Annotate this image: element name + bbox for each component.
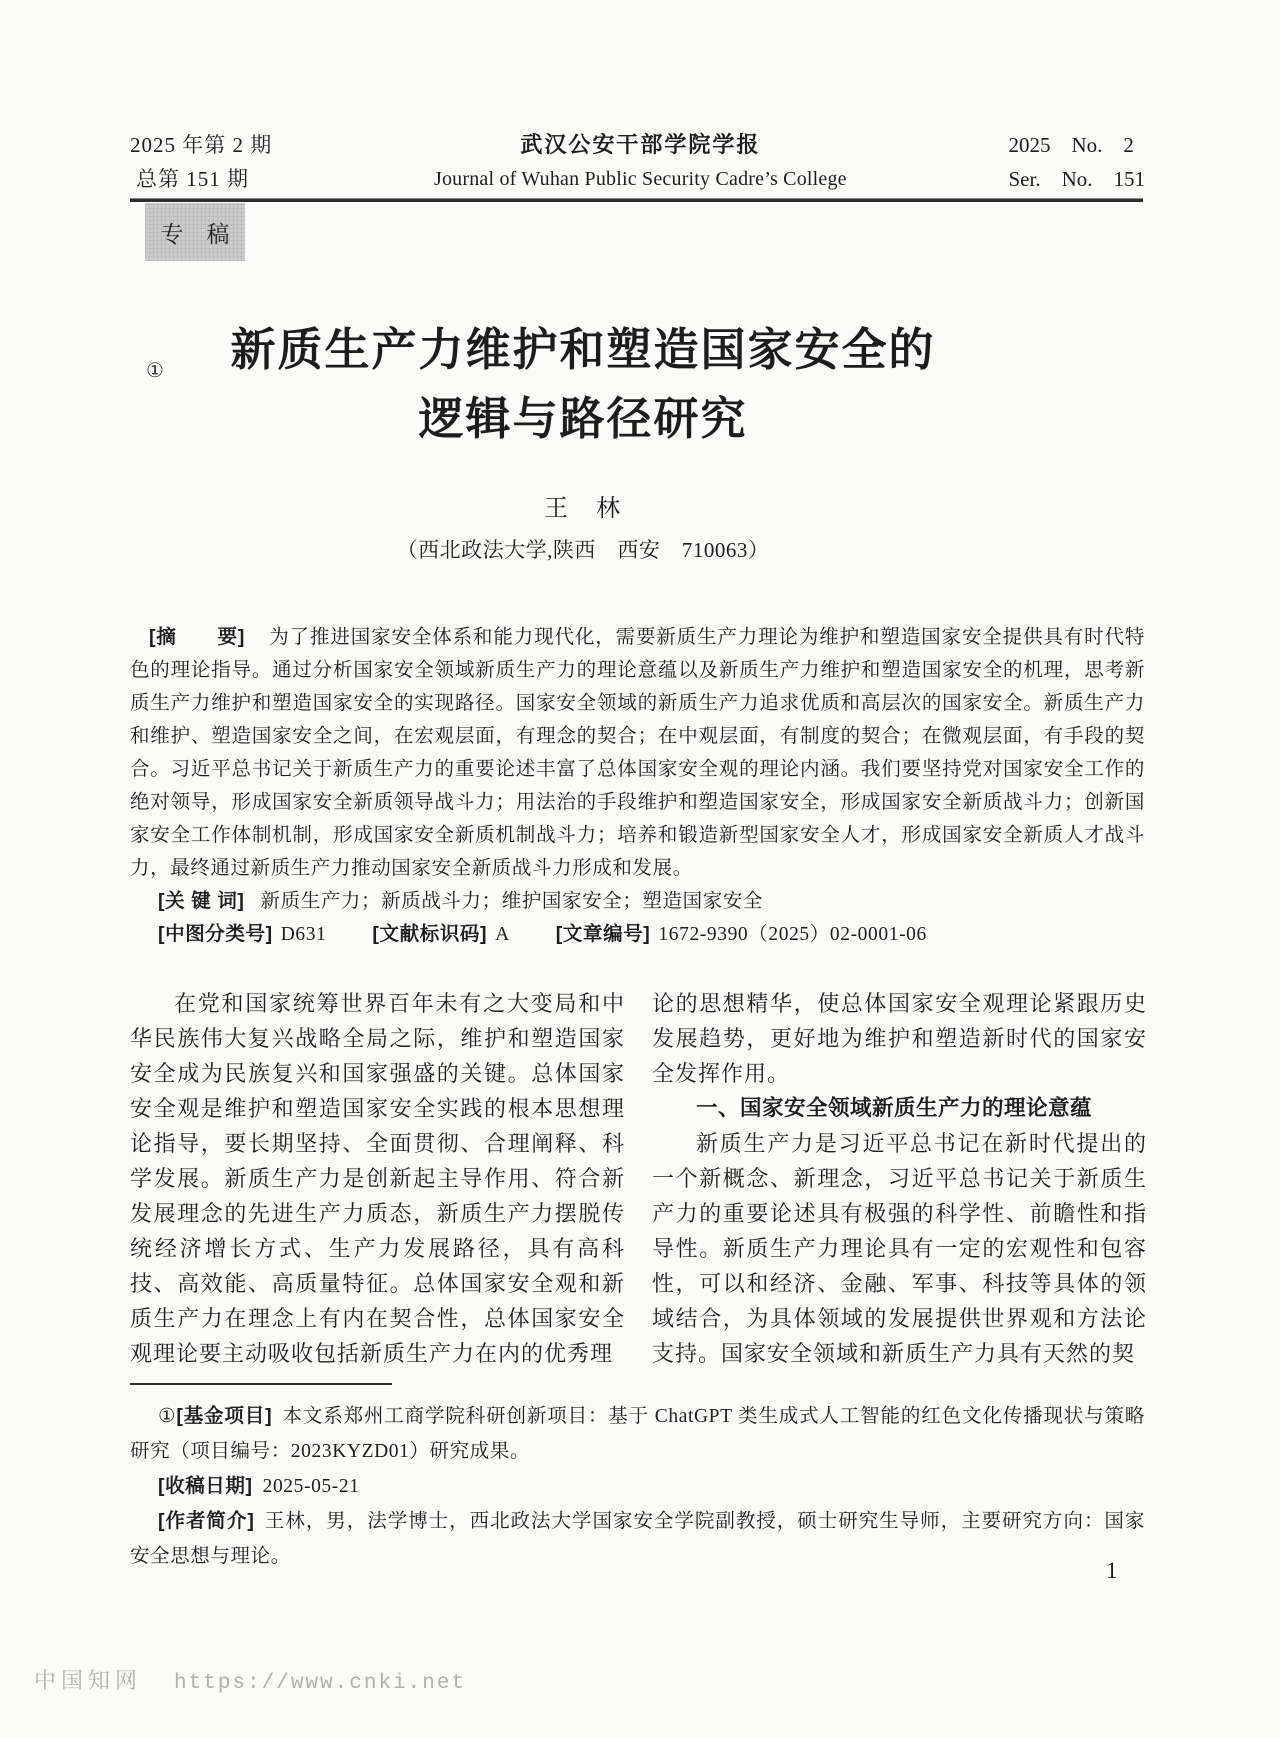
keywords-label: [关 键 词] [158, 890, 245, 912]
received-label: [收稿日期] [158, 1475, 253, 1497]
issue-number-cn: 2025 年第 2 期 [130, 128, 272, 162]
journal-title-en: Journal of Wuhan Public Security Cadre’s… [434, 162, 847, 196]
classification-line: [中图分类号]D631[文献标识码]A[文章编号]1672-9390（2025）… [130, 918, 1145, 951]
journal-header: 2025 年第 2 期 总第 151 期 武汉公安干部学院学报 Journal … [130, 128, 1145, 196]
doc-code-group: [文献标识码]A [372, 924, 509, 945]
doc-code-value: A [495, 924, 510, 945]
journal-title-cn: 武汉公安干部学院学报 [434, 128, 847, 162]
body-paragraph-2: 新质生产力是习近平总书记在新时代提出的一个新概念、新理念，习近平总书记关于新质生… [652, 1126, 1147, 1371]
author-name: 王 林 [130, 488, 1036, 523]
issue-number-en: 2025 No. 2 [1008, 128, 1145, 162]
abstract-text: 为了推进国家安全体系和能力现代化，需要新质生产力理论为维护和塑造国家安全提供具有… [130, 627, 1145, 879]
received-value: 2025-05-21 [263, 1476, 360, 1497]
cnki-url: https://www.cnki.net [174, 1672, 466, 1695]
article-title-line2: 逻辑与路径研究 [418, 394, 747, 444]
fund-text: 本文系郑州工商学院科研创新项目：基于 ChatGPT 类生成式人工智能的红色文化… [130, 1406, 1145, 1462]
cnki-watermark: 中国知网https://www.cnki.net [34, 1664, 466, 1695]
header-issue-block: 2025 年第 2 期 总第 151 期 [130, 128, 272, 196]
article-front-matter: 新质生产力维护和塑造国家安全的 逻辑与路径研究 王 林 （西北政法大学,陕西 西… [130, 316, 1036, 564]
serial-number-en: Ser. No. 151 [1008, 162, 1145, 196]
article-title: 新质生产力维护和塑造国家安全的 逻辑与路径研究 [130, 316, 1036, 454]
author-affiliation: （西北政法大学,陕西 西安 710063） [130, 534, 1036, 564]
keywords-text: 新质生产力；新质战斗力；维护国家安全；塑造国家安全 [261, 891, 764, 912]
bio-label: [作者简介] [158, 1510, 254, 1532]
doc-code-label: [文献标识码] [372, 923, 487, 945]
article-no-label: [文章编号] [556, 923, 651, 945]
clc-label: [中图分类号] [158, 923, 273, 945]
clc-group: [中图分类号]D631 [158, 924, 326, 945]
footnote-separator-rule [130, 1383, 392, 1385]
journal-title-block: 武汉公安干部学院学报 Journal of Wuhan Public Secur… [434, 128, 847, 196]
page-number: 1 [1106, 1558, 1118, 1584]
clc-value: D631 [281, 924, 327, 945]
footnote-mark: ① [158, 1406, 176, 1427]
article-no-value: 1672-9390（2025）02-0001-06 [658, 924, 926, 945]
section-1-heading: 一、国家安全领域新质生产力的理论意蕴 [652, 1091, 1147, 1126]
body-column-left: 在党和国家统筹世界百年未有之大变局和中华民族伟大复兴战略全局之际，维护和塑造国家… [130, 986, 625, 1371]
bio-text: 王林，男，法学博士，西北政法大学国家安全学院副教授，硕士研究生导师，主要研究方向… [130, 1511, 1145, 1567]
footnote-bio: [作者简介]王林，男，法学博士，西北政法大学国家安全学院副教授，硕士研究生导师，… [130, 1504, 1145, 1574]
journal-page: { "colors":{ "page":"#fbfbf9","ink":"#1d… [0, 0, 1280, 1738]
footnote-fund: ①[基金项目]本文系郑州工商学院科研创新项目：基于 ChatGPT 类生成式人工… [130, 1399, 1145, 1469]
abstract-label: [摘 要] [149, 626, 245, 648]
footnotes-block: ①[基金项目]本文系郑州工商学院科研创新项目：基于 ChatGPT 类生成式人工… [130, 1399, 1145, 1574]
abstract-paragraph: [摘 要]为了推进国家安全体系和能力现代化，需要新质生产力理论为维护和塑造国家安… [130, 621, 1145, 885]
body-paragraph-1: 在党和国家统筹世界百年未有之大变局和中华民族伟大复兴战略全局之际，维护和塑造国家… [130, 986, 625, 1371]
fund-label: [基金项目] [176, 1405, 272, 1427]
column-tag-special-contribution: 专 稿 [145, 203, 245, 261]
footnote-received: [收稿日期]2025-05-21 [130, 1469, 1145, 1504]
keywords-line: [关 键 词]新质生产力；新质战斗力；维护国家安全；塑造国家安全 [130, 885, 1145, 918]
header-issue-en-block: 2025 No. 2 Ser. No. 151 [1008, 128, 1145, 196]
cnki-brand: 中国知网 [34, 1668, 142, 1693]
body-paragraph-1-continuation: 论的思想精华，使总体国家安全观理论紧跟历史发展趋势，更好地为维护和塑造新时代的国… [652, 986, 1147, 1091]
header-rule [130, 198, 1143, 202]
article-no-group: [文章编号]1672-9390（2025）02-0001-06 [556, 924, 927, 945]
serial-number-cn: 总第 151 期 [130, 162, 272, 196]
abstract-block: [摘 要]为了推进国家安全体系和能力现代化，需要新质生产力理论为维护和塑造国家安… [130, 621, 1145, 951]
article-title-line1: 新质生产力维护和塑造国家安全的 [230, 325, 935, 375]
body-column-right: 论的思想精华，使总体国家安全观理论紧跟历史发展趋势，更好地为维护和塑造新时代的国… [652, 986, 1147, 1371]
